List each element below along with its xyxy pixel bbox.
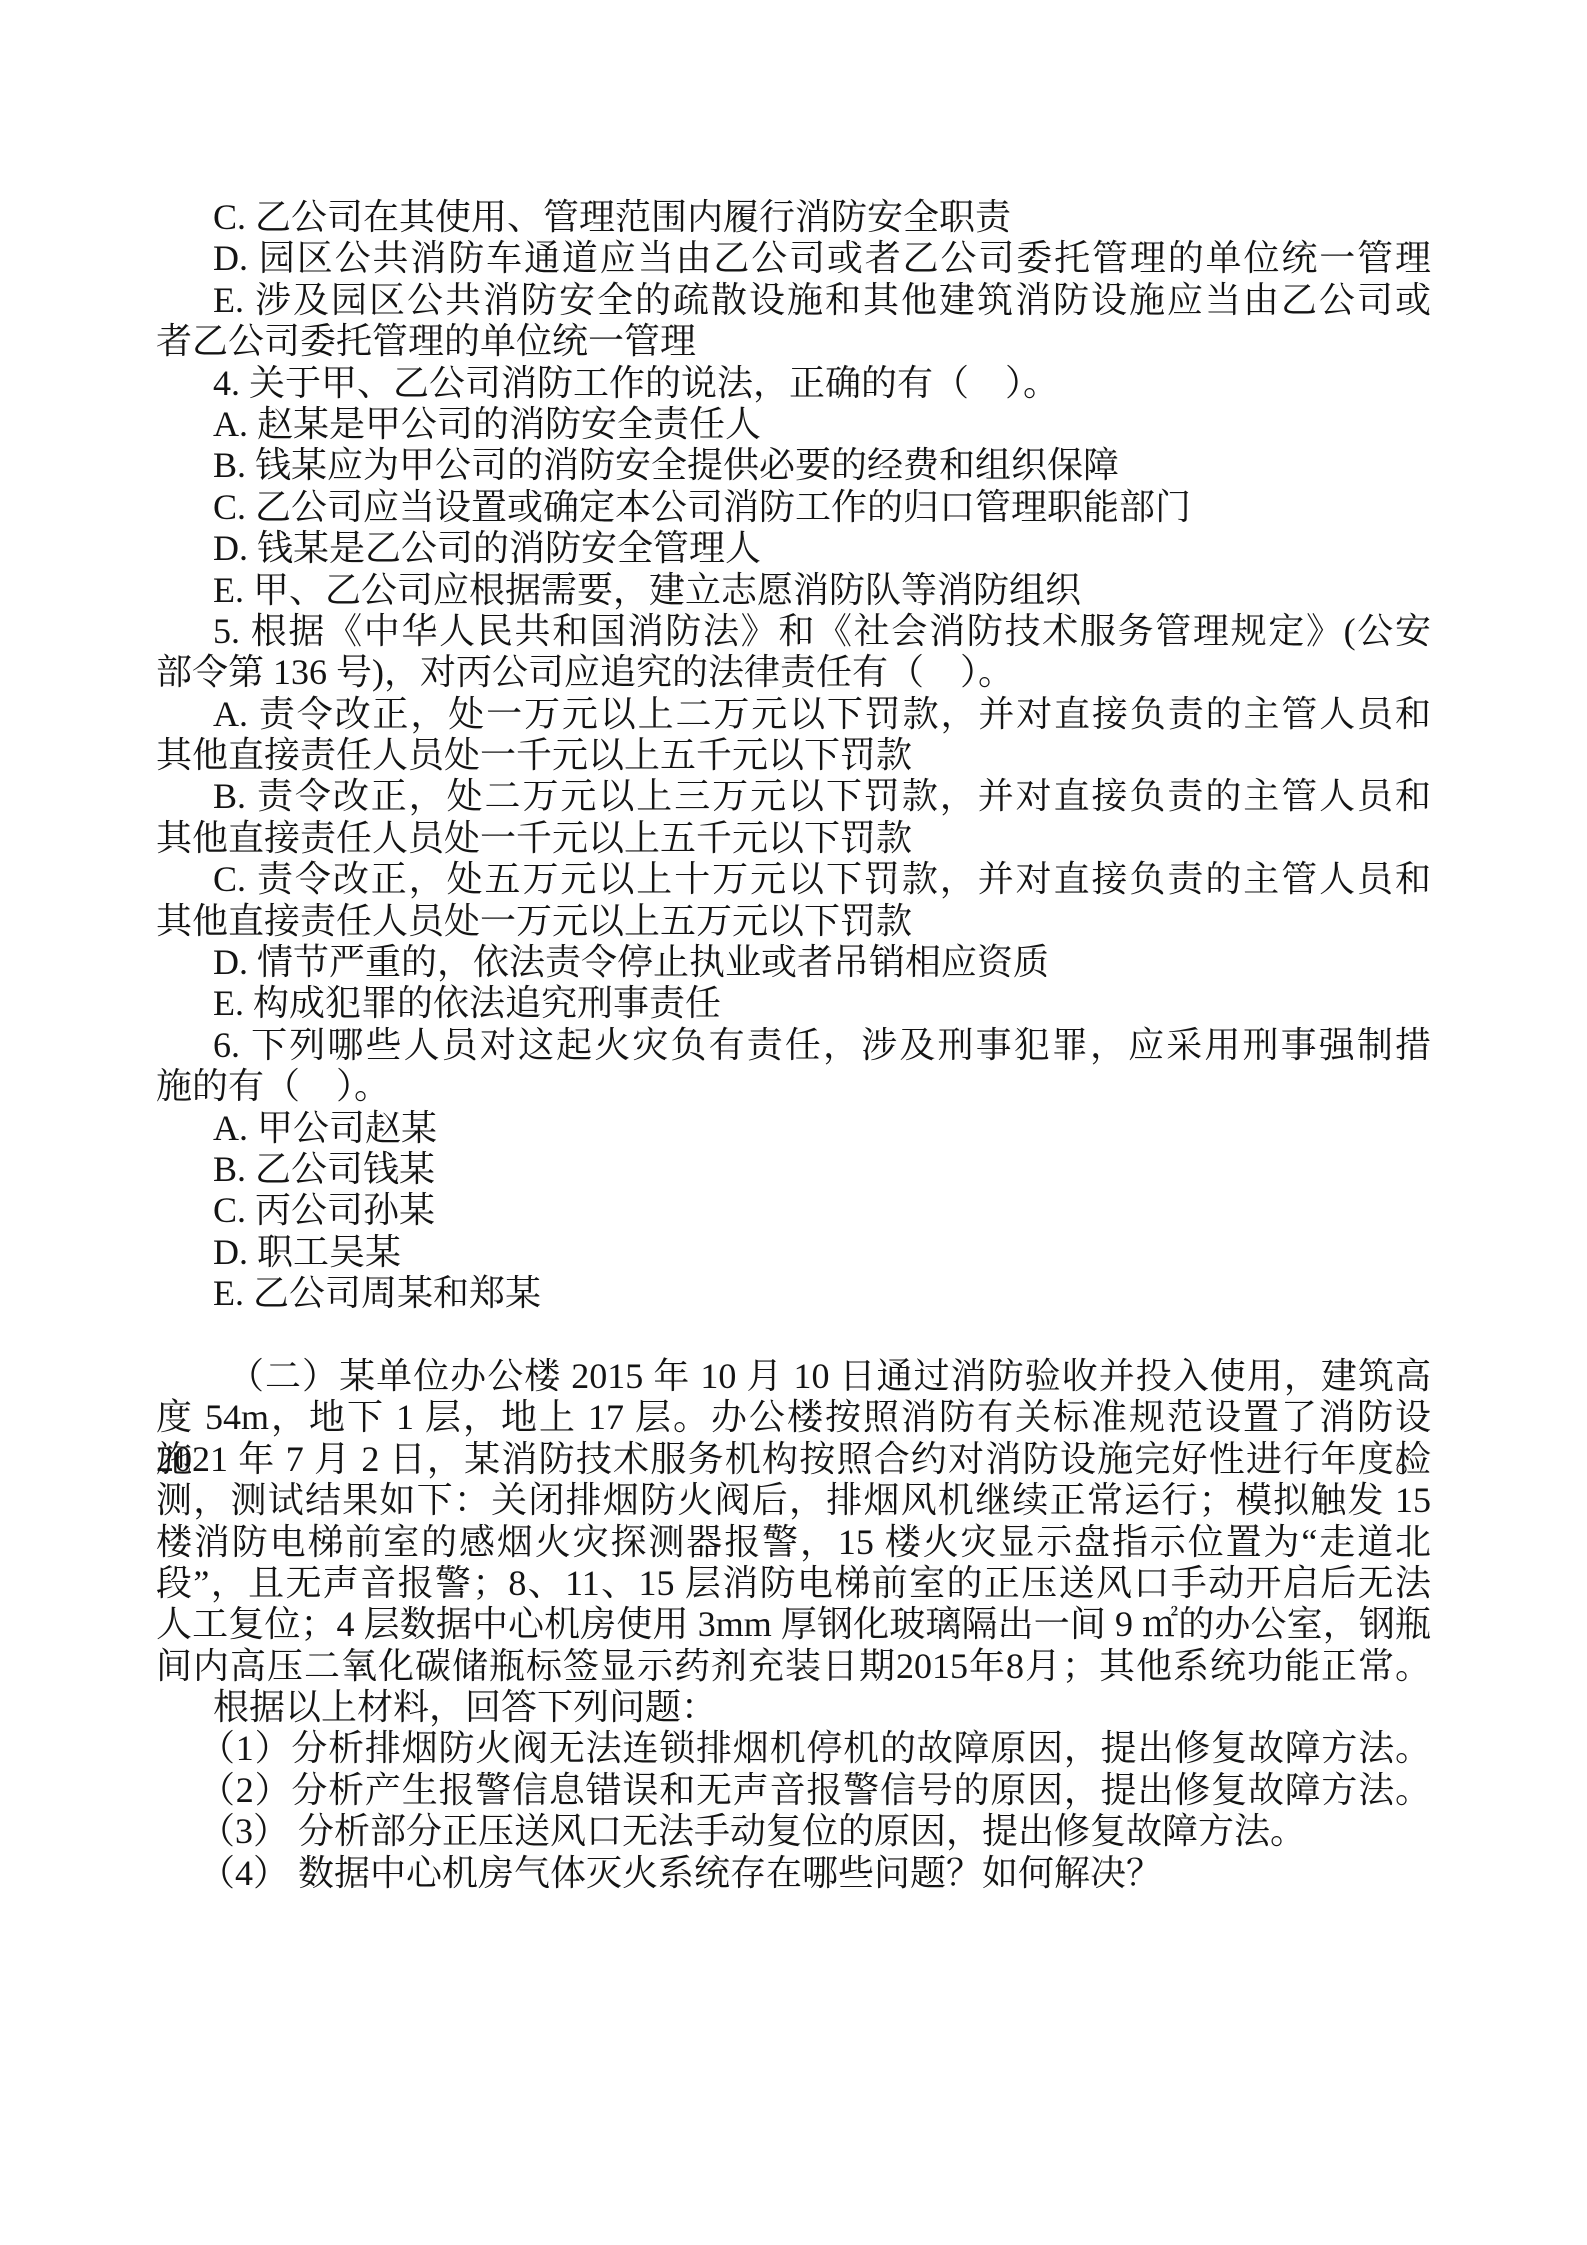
document-body: C. 乙公司在其使用、管理范围内履行消防安全职责D. 园区公共消防车通道应当由乙… xyxy=(156,197,1431,1894)
text-line: C. 责令改正，处五万元以上十万元以下罚款，并对直接负责的主管人员和 xyxy=(156,859,1431,900)
text-line: 2021 年 7 月 2 日，某消防技术服务机构按照合约对消防设施完好性进行年度… xyxy=(156,1439,1431,1480)
text-line: E. 甲、乙公司应根据需要，建立志愿消防队等消防组织 xyxy=(156,570,1431,611)
text-line: 测，测试结果如下：关闭排烟防火阀后，排烟风机继续正常运行；模拟触发 15 xyxy=(156,1480,1431,1521)
text-line: B. 钱某应为甲公司的消防安全提供必要的经费和组织保障 xyxy=(156,445,1431,486)
text-line: 施的有（ ）。 xyxy=(156,1066,1431,1107)
text-line: （1）分析排烟防火阀无法连锁排烟机停机的故障原因，提出修复故障方法。 xyxy=(156,1728,1431,1769)
text-line: B. 乙公司钱某 xyxy=(156,1149,1431,1190)
text-line: A. 甲公司赵某 xyxy=(156,1108,1431,1149)
blank-line xyxy=(156,1315,1431,1356)
text-line: C. 丙公司孙某 xyxy=(156,1190,1431,1231)
text-line: 5. 根据《中华人民共和国消防法》和《社会消防技术服务管理规定》(公安 xyxy=(156,611,1431,652)
text-line: 度 54m，地下 1 层，地上 17 层。办公楼按照消防有关标准规范设置了消防设… xyxy=(156,1397,1431,1438)
text-line: （3） 分析部分正压送风口无法手动复位的原因，提出修复故障方法。 xyxy=(156,1811,1431,1852)
text-line: C. 乙公司在其使用、管理范围内履行消防安全职责 xyxy=(156,197,1431,238)
text-line: 间内高压二氧化碳储瓶标签显示药剂充装日期2015年8月；其他系统功能正常。 xyxy=(156,1646,1431,1687)
text-line: 部令第 136 号)，对丙公司应追究的法律责任有（ ）。 xyxy=(156,652,1431,693)
text-line: （2）分析产生报警信息错误和无声音报警信号的原因，提出修复故障方法。 xyxy=(156,1770,1431,1811)
text-line: 段”，且无声音报警；8、11、15 层消防电梯前室的正压送风口手动开启后无法 xyxy=(156,1563,1431,1604)
text-line: D. 情节严重的，依法责令停止执业或者吊销相应资质 xyxy=(156,942,1431,983)
text-line: 其他直接责任人员处一千元以上五千元以下罚款 xyxy=(156,818,1431,859)
document-page: C. 乙公司在其使用、管理范围内履行消防安全职责D. 园区公共消防车通道应当由乙… xyxy=(0,0,1587,2245)
text-line: E. 乙公司周某和郑某 xyxy=(156,1273,1431,1314)
text-line: 其他直接责任人员处一千元以上五千元以下罚款 xyxy=(156,735,1431,776)
text-line: E. 构成犯罪的依法追究刑事责任 xyxy=(156,983,1431,1024)
text-line: 楼消防电梯前室的感烟火灾探测器报警，15 楼火灾显示盘指示位置为“走道北 xyxy=(156,1522,1431,1563)
text-line: （二）某单位办公楼 2015 年 10 月 10 日通过消防验收并投入使用，建筑… xyxy=(156,1356,1431,1397)
text-line: （4） 数据中心机房气体灭火系统存在哪些问题？如何解决？ xyxy=(156,1853,1431,1894)
text-line: 者乙公司委托管理的单位统一管理 xyxy=(156,321,1431,362)
text-line: A. 赵某是甲公司的消防安全责任人 xyxy=(156,404,1431,445)
text-line: A. 责令改正，处一万元以上二万元以下罚款，并对直接负责的主管人员和 xyxy=(156,694,1431,735)
text-line: D. 职工吴某 xyxy=(156,1232,1431,1273)
text-line: B. 责令改正，处二万元以上三万元以下罚款，并对直接负责的主管人员和 xyxy=(156,776,1431,817)
text-line: D. 园区公共消防车通道应当由乙公司或者乙公司委托管理的单位统一管理 xyxy=(156,238,1431,279)
text-line: 根据以上材料，回答下列问题： xyxy=(156,1687,1431,1728)
text-line: 4. 关于甲、乙公司消防工作的说法，正确的有（ ）。 xyxy=(156,363,1431,404)
text-line: 人工复位；4 层数据中心机房使用 3mm 厚钢化玻璃隔出一间 9 ㎡的办公室，钢… xyxy=(156,1604,1431,1645)
text-line: 6. 下列哪些人员对这起火灾负有责任，涉及刑事犯罪，应采用刑事强制措 xyxy=(156,1025,1431,1066)
text-line: 其他直接责任人员处一万元以上五万元以下罚款 xyxy=(156,901,1431,942)
text-line: C. 乙公司应当设置或确定本公司消防工作的归口管理职能部门 xyxy=(156,487,1431,528)
text-line: E. 涉及园区公共消防安全的疏散设施和其他建筑消防设施应当由乙公司或 xyxy=(156,280,1431,321)
text-line: D. 钱某是乙公司的消防安全管理人 xyxy=(156,528,1431,569)
